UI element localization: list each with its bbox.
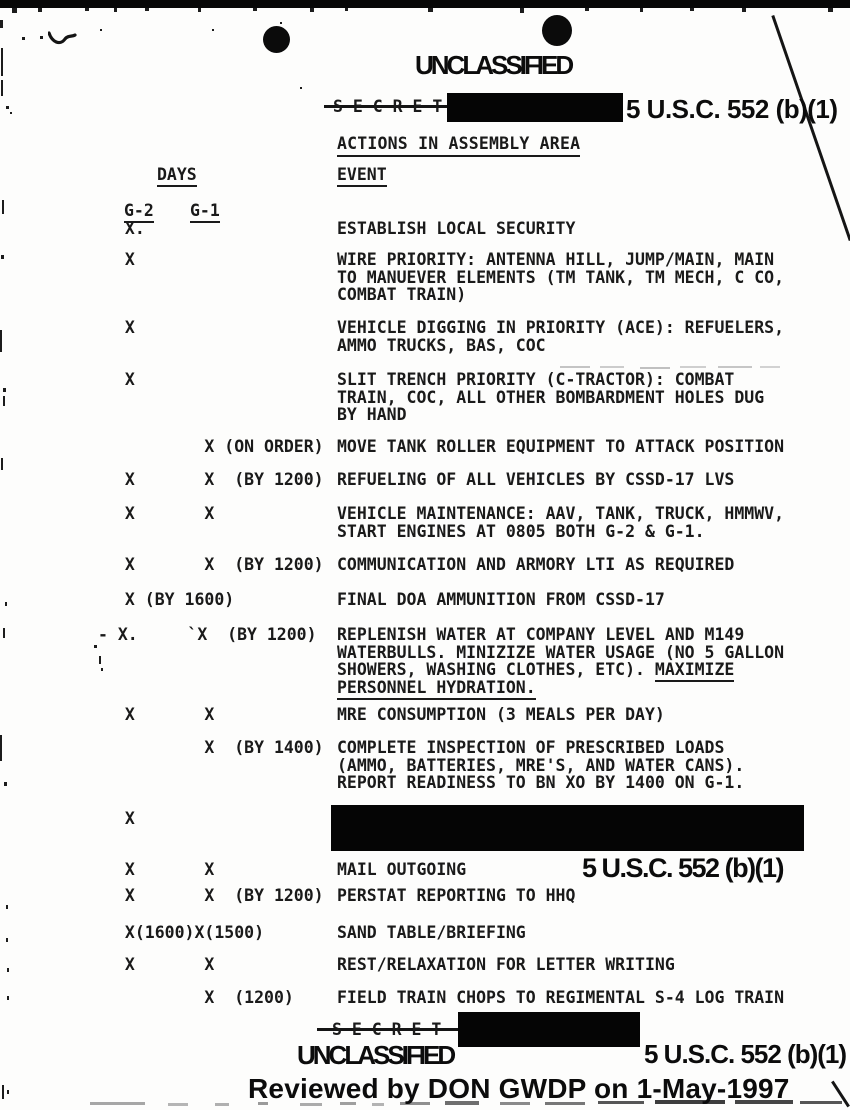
event-text: ESTABLISH LOCAL SECURITY (337, 220, 815, 238)
scan-artifact (800, 1101, 842, 1104)
days-marks: X (BY 1400) (115, 739, 324, 757)
event-text-underlined: MAXIMIZE (655, 660, 734, 682)
hole-punch-mark-right (542, 15, 572, 46)
scan-artifact (2, 200, 4, 214)
scan-artifact (640, 8, 643, 12)
scan-artifact (2, 1085, 4, 1099)
scan-artifact (101, 668, 103, 671)
scan-artifact (253, 8, 257, 11)
scan-artifact (345, 8, 348, 11)
scan-artifact (7, 1090, 9, 1094)
scan-artifact (760, 366, 780, 368)
scan-artifact (520, 8, 524, 13)
scan-artifact (640, 367, 670, 369)
days-marks: X X (BY 1200) (115, 471, 324, 489)
scan-artifact (1, 458, 3, 470)
event-text: MRE CONSUMPTION (3 MEALS PER DAY) (337, 706, 815, 724)
document-page: UNCLASSIFIED S E C R E T 5 U.S.C. 552 (b… (0, 0, 850, 1110)
scan-artifact (215, 1103, 229, 1106)
event-text: COMPLETE INSPECTION OF PRESCRIBED LOADS … (337, 739, 815, 792)
scan-artifact (585, 8, 589, 11)
scan-artifact (168, 1103, 188, 1106)
scan-artifact (680, 366, 706, 368)
scan-artifact (145, 8, 149, 11)
scan-artifact (828, 8, 833, 12)
classification-header: UNCLASSIFIED (415, 52, 571, 78)
column-header-days: DAYS (157, 166, 197, 187)
scan-artifact (742, 8, 746, 12)
event-text: REST/RELAXATION FOR LETTER WRITING (337, 956, 815, 974)
scan-artifact (4, 782, 7, 786)
scan-artifact (12, 8, 17, 13)
days-marks: X X (115, 956, 214, 974)
days-marks: X. (115, 220, 145, 238)
column-header-g1: G-1 (190, 202, 220, 223)
classification-footer: UNCLASSIFIED (297, 1042, 453, 1068)
secret-strikethrough-header: S E C R E T (326, 97, 447, 116)
days-marks: X X (115, 505, 214, 523)
secret-strikethrough-footer: S E C R E T (319, 1020, 460, 1039)
scan-artifact (99, 656, 101, 664)
scan-artifact (22, 37, 25, 40)
scan-artifact (40, 36, 43, 39)
scan-artifact (38, 8, 42, 12)
event-text: VEHICLE DIGGING IN PRIORITY (ACE): REFUE… (337, 319, 815, 354)
days-marks: X (ON ORDER) (115, 438, 324, 456)
scan-edge-bar (0, 0, 850, 8)
section-title: ACTIONS IN ASSEMBLY AREA (337, 135, 580, 157)
secret-label: S E C R E T (319, 1020, 441, 1039)
days-marks: X (115, 319, 135, 337)
scan-artifact (90, 1102, 145, 1105)
scan-artifact (198, 8, 201, 12)
redaction-bar-body (331, 805, 804, 851)
secret-label: S E C R E T (326, 97, 442, 116)
scan-artifact (85, 8, 89, 11)
event-text: FINAL DOA AMMUNITION FROM CSSD-17 (337, 591, 815, 609)
event-text: SAND TABLE/BRIEFING (337, 924, 815, 942)
foia-exemption-footer: 5 U.S.C. 552 (b)(1) (644, 1041, 846, 1067)
foia-exemption-header: 5 U.S.C. 552 (b)(1) (626, 96, 838, 122)
event-text: MOVE TANK ROLLER EQUIPMENT TO ATTACK POS… (337, 438, 815, 456)
event-text: VEHICLE MAINTENANCE: AAV, TANK, TRUCK, H… (337, 505, 815, 540)
days-marks: X (115, 810, 135, 828)
event-text: SLIT TRENCH PRIORITY (C-TRACTOR): COMBAT… (337, 371, 815, 424)
days-marks: X (115, 251, 135, 269)
redaction-bar-footer (458, 1012, 640, 1047)
event-text: WIRE PRIORITY: ANTENNA HILL, JUMP/MAIN, … (337, 251, 815, 304)
days-marks: X (1200) (115, 989, 294, 1007)
event-text: FIELD TRAIN CHOPS TO REGIMENTAL S-4 LOG … (337, 989, 815, 1007)
scan-artifact (300, 87, 302, 89)
days-marks: X(1600)X(1500) (115, 924, 264, 942)
review-note: Reviewed by DON GWDP on 1-May-1997 (248, 1075, 790, 1103)
scan-artifact (5, 602, 7, 606)
scan-artifact (3, 396, 5, 406)
scan-artifact (7, 968, 9, 972)
scan-artifact (310, 8, 314, 12)
scan-artifact (280, 22, 282, 24)
scan-artifact (3, 628, 5, 638)
event-text: MAIL OUTGOING (337, 861, 815, 879)
scan-artifact (94, 645, 97, 648)
scan-artifact (690, 8, 694, 11)
scan-artifact (10, 112, 12, 114)
days-marks: X X (BY 1200) (115, 887, 324, 905)
days-marks: X X (115, 706, 214, 724)
event-text: REFUELING OF ALL VEHICLES BY CSSD-17 LVS (337, 471, 815, 489)
event-text: COMMUNICATION AND ARMORY LTI AS REQUIRED (337, 556, 815, 574)
scan-artifact (560, 366, 590, 368)
scan-artifact (3, 388, 6, 392)
pen-mark (48, 30, 78, 48)
scan-artifact (212, 29, 214, 31)
scan-diagonal-line (771, 15, 850, 241)
event-text: PERSTAT REPORTING TO HHQ (337, 887, 815, 905)
scan-artifact (1, 48, 3, 76)
scan-artifact (1, 80, 3, 96)
days-marks: X X (115, 861, 214, 879)
scan-artifact (6, 106, 9, 109)
column-header-event: EVENT (337, 166, 387, 187)
scan-artifact (6, 938, 8, 942)
scan-artifact (6, 905, 8, 909)
scan-artifact (0, 330, 2, 352)
redaction-bar-header (447, 93, 623, 122)
scan-artifact (100, 29, 102, 31)
scan-artifact (428, 8, 433, 12)
days-marks: X X (BY 1200) (115, 556, 324, 574)
days-marks: X (115, 371, 135, 389)
event-text-underlined: PERSONNEL HYDRATION. (337, 678, 536, 700)
event-text: REPLENISH WATER AT COMPANY LEVEL AND M14… (337, 626, 815, 696)
scan-artifact (114, 8, 117, 12)
scan-artifact (0, 735, 2, 761)
scan-artifact (600, 366, 624, 368)
hole-punch-mark-left (263, 26, 290, 53)
days-marks: - X. `X (BY 1200) (98, 626, 317, 644)
scan-artifact (7, 996, 9, 1000)
days-marks: X (BY 1600) (115, 591, 234, 609)
scan-artifact (718, 366, 752, 368)
scan-artifact (1, 255, 4, 259)
scan-artifact (0, 20, 3, 28)
